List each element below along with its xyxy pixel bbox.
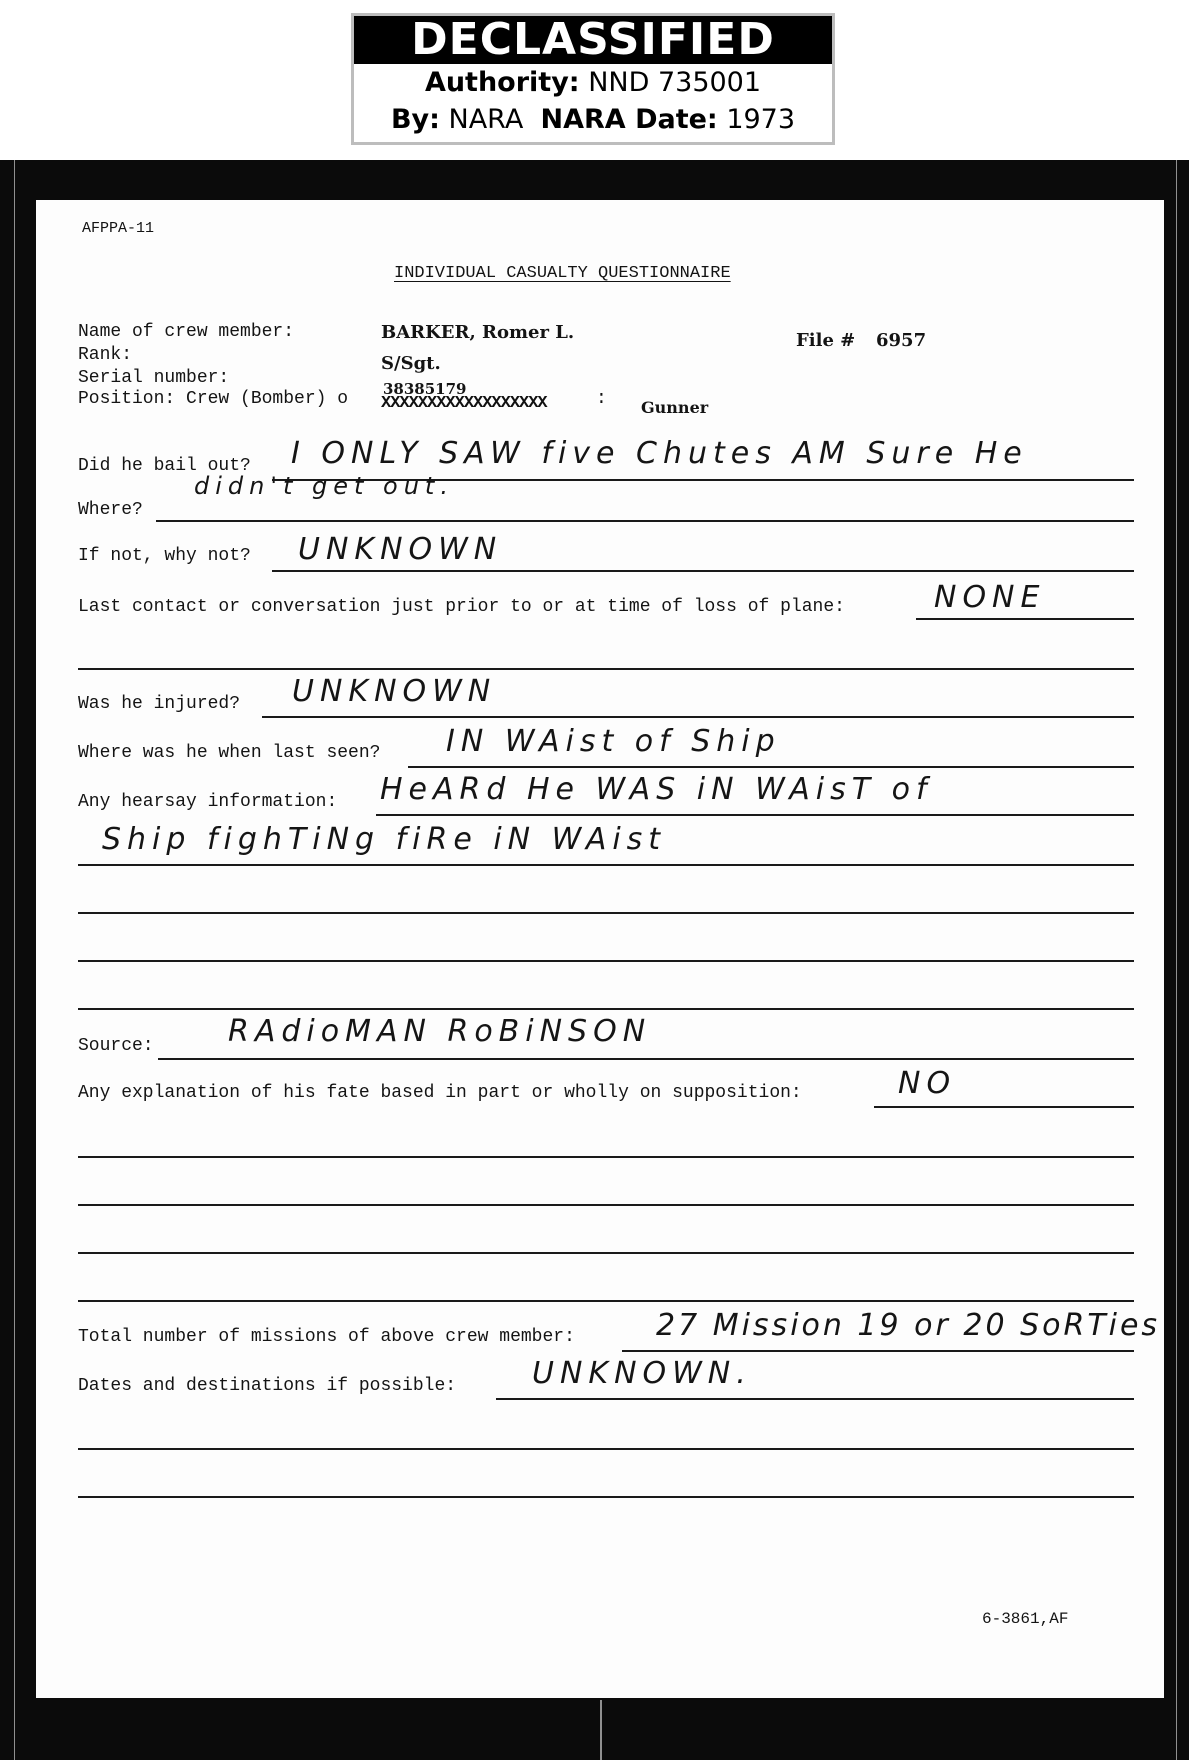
answer-line xyxy=(272,570,1134,572)
q-why-not-answer[interactable]: UNKNOWN xyxy=(298,532,502,567)
answer-line xyxy=(78,912,1134,914)
q-bail-out-answer[interactable]: I ONLY SAW five Chutes AM Sure He xyxy=(291,436,1028,471)
name-value: BARKER, Romer L. xyxy=(381,322,574,343)
q-hearsay-answer-cont[interactable]: Ship fighTiNg fiRe iN WAist xyxy=(102,822,666,857)
rank-value: S/Sgt. xyxy=(381,353,441,374)
answer-line xyxy=(78,1008,1134,1010)
q-supposition-answer[interactable]: NO xyxy=(898,1066,956,1101)
rank-label: Rank: xyxy=(78,345,132,365)
scan-streak xyxy=(600,1700,602,1760)
answer-line xyxy=(78,1204,1134,1206)
file-number: 6957 xyxy=(876,330,926,351)
form-id: AFPPA-11 xyxy=(82,220,154,237)
q-last-seen-answer[interactable]: IN WAist of Ship xyxy=(446,724,781,759)
answer-line xyxy=(874,1106,1134,1108)
stamp-title: DECLASSIFIED xyxy=(354,16,832,64)
questionnaire-page: AFPPA-11 INDIVIDUAL CASUALTY QUESTIONNAI… xyxy=(36,200,1164,1698)
q-source-answer[interactable]: RAdioMAN RoBiNSON xyxy=(228,1014,651,1049)
answer-line xyxy=(262,716,1134,718)
declassified-stamp: DECLASSIFIED Authority: NND 735001 By: N… xyxy=(351,13,835,145)
q-missions-label: Total number of missions of above crew m… xyxy=(78,1327,575,1347)
by-value: NARA xyxy=(449,104,524,135)
file-label: File # xyxy=(796,330,855,351)
answer-line xyxy=(78,1300,1134,1302)
scanned-document: AFPPA-11 INDIVIDUAL CASUALTY QUESTIONNAI… xyxy=(0,160,1189,1760)
q-injured-answer[interactable]: UNKNOWN xyxy=(292,674,496,709)
answer-line xyxy=(156,520,1134,522)
answer-line xyxy=(78,864,1134,866)
answer-line xyxy=(376,814,1134,816)
scan-streak xyxy=(1176,160,1177,1760)
answer-line xyxy=(158,1058,1134,1060)
authority-value: NND 735001 xyxy=(588,67,761,98)
q-last-contact-label: Last contact or conversation just prior … xyxy=(78,597,845,617)
date-value: 1973 xyxy=(726,104,795,135)
position-colon: : xyxy=(596,389,607,409)
q-source-label: Source: xyxy=(78,1036,154,1056)
answer-line xyxy=(78,1252,1134,1254)
position-value: Gunner xyxy=(641,398,708,417)
form-footer-code: 6-3861,AF xyxy=(982,1610,1068,1628)
stamp-by-date: By: NARA NARA Date: 1973 xyxy=(354,101,832,138)
q-dates-label: Dates and destinations if possible: xyxy=(78,1376,456,1396)
answer-line xyxy=(408,766,1134,768)
stamp-authority: Authority: NND 735001 xyxy=(354,64,832,101)
q-hearsay-answer[interactable]: HeARd He WAS iN WAisT of xyxy=(380,772,933,807)
q-dates-answer[interactable]: UNKNOWN. xyxy=(532,1356,752,1391)
q-bail-out-answer-cont[interactable]: didn't get out. xyxy=(194,472,454,500)
q-last-seen-label: Where was he when last seen? xyxy=(78,743,380,763)
q-injured-label: Was he injured? xyxy=(78,694,240,714)
answer-line xyxy=(78,1496,1134,1498)
authority-label: Authority: xyxy=(425,67,580,98)
serial-label: Serial number: xyxy=(78,368,229,388)
answer-line xyxy=(78,668,1134,670)
name-label: Name of crew member: xyxy=(78,322,294,342)
q-why-not-label: If not, why not? xyxy=(78,546,251,566)
scan-streak xyxy=(14,160,15,1760)
position-label: Position: Crew (Bomber) o xyxy=(78,389,348,409)
answer-line xyxy=(78,960,1134,962)
answer-line xyxy=(622,1350,1134,1352)
by-label: By: xyxy=(391,104,440,135)
q-supposition-label: Any explanation of his fate based in par… xyxy=(78,1083,802,1103)
form-title: INDIVIDUAL CASUALTY QUESTIONNAIRE xyxy=(394,264,731,283)
date-label: NARA Date: xyxy=(541,104,718,135)
q-last-contact-answer[interactable]: NONE xyxy=(934,580,1045,615)
q-where-label: Where? xyxy=(78,500,143,520)
q-missions-answer[interactable]: 27 Mission 19 or 20 SoRTies xyxy=(656,1308,1160,1343)
answer-line xyxy=(78,1156,1134,1158)
answer-line xyxy=(78,1448,1134,1450)
answer-line xyxy=(916,618,1134,620)
answer-line xyxy=(496,1398,1134,1400)
q-hearsay-label: Any hearsay information: xyxy=(78,792,337,812)
position-struck-text: XXXXXXXXXXXXXXXXXX xyxy=(381,394,547,413)
